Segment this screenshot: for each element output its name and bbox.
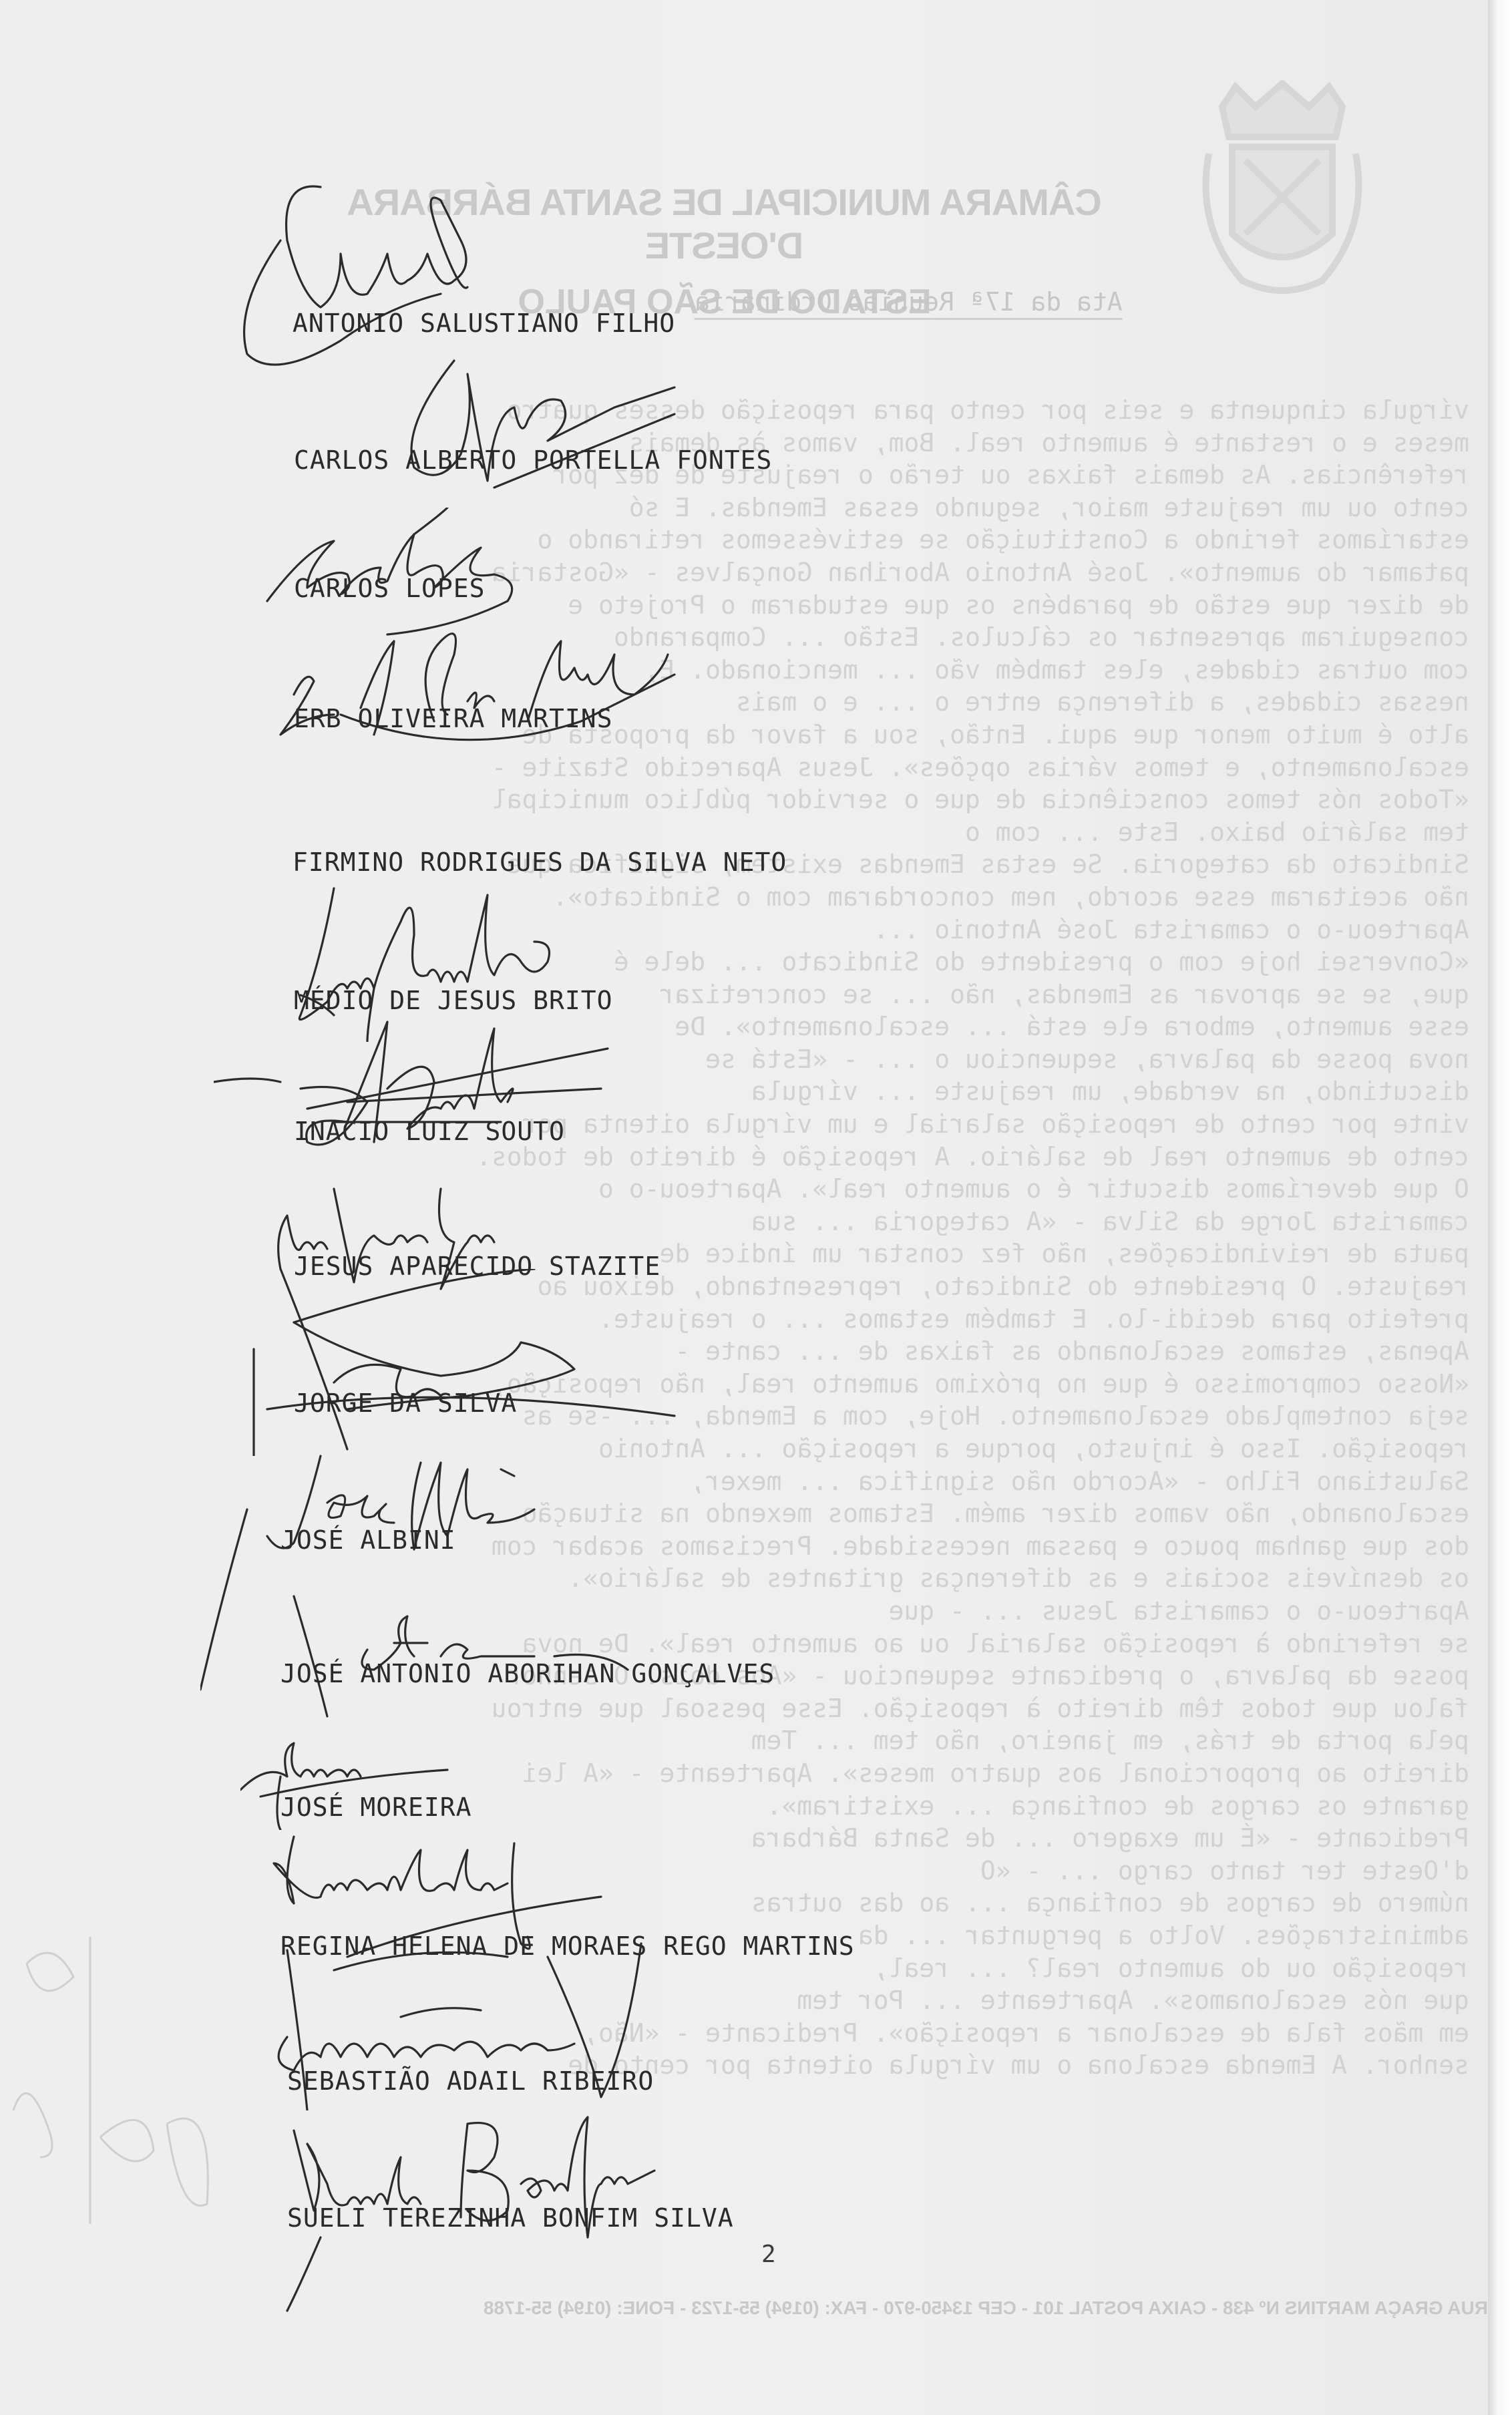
signature-icon [361,334,681,501]
signatory-name: INACIO LUIZ SOUTO [294,1117,565,1146]
signature-icon [240,1269,681,1456]
signatory-name: SEBASTIÃO ADAIL RIBEIRO [287,2066,654,2096]
signatory-name: JOSÉ MOREIRA [280,1793,472,1822]
coat-of-arms-icon [1182,80,1382,311]
show-through-title: Ata da 17ª Reunião Ordinária [695,287,1123,320]
page-number: 2 [761,2241,776,2268]
signatory-name: FIRMINO RODRIGUES DA SILVA NETO [293,848,787,877]
scanned-page: CÂMARA MUNICIPAL DE SANTA BÁRBARA D'OEST… [0,0,1488,2415]
signatory-name: CARLOS LOPES [294,574,486,603]
signatory-name: ERB OLIVEIRA MARTINS [294,704,613,733]
signatory-name: JORGE DA SILVA [294,1388,517,1418]
paper-edge [1488,0,1512,2415]
margin-initials-icon [0,1937,240,2311]
signature-icon [200,1469,681,1736]
signatory-name: JOSÉ ANTONIO ABORIHAN GONÇALVES [280,1659,775,1688]
signatory-name: SUELI TEREZINHA BONFIM SILVA [287,2203,734,2233]
signatory-name: CARLOS ALBERTO PORTELLA FONTES [294,445,772,475]
